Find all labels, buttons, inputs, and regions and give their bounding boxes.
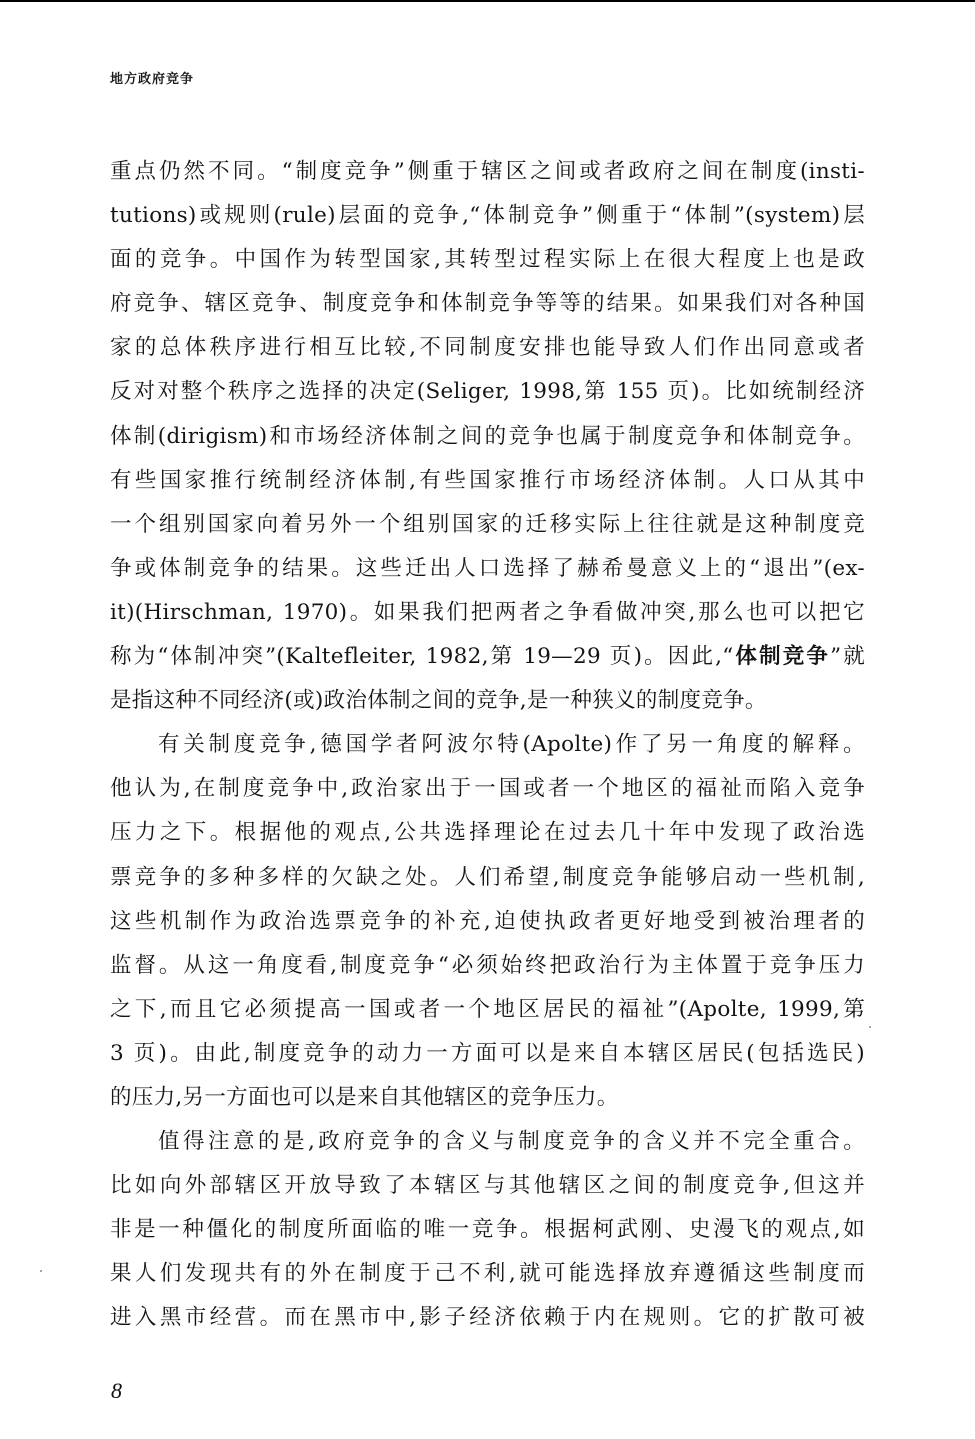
text-line: 府竞争、辖区竞争、制度竞争和体制竞争等等的结果。如果我们对各种国	[110, 282, 865, 326]
text-line-paragraph-start: 有关制度竞争,德国学者阿波尔特(Apolte)作了另一角度的解释。	[110, 723, 865, 767]
text-line: 3 页)。由此,制度竞争的动力一方面可以是来自本辖区居民(包括选民)	[110, 1032, 865, 1076]
text-line: 这些机制作为政治选票竞争的补充,迫使执政者更好地受到被治理者的	[110, 900, 865, 944]
text-line: 果人们发现共有的外在制度于己不利,就可能选择放弃遵循这些制度而	[110, 1252, 865, 1296]
text-line: 进入黑市经营。而在黑市中,影子经济依赖于内在规则。它的扩散可被	[110, 1296, 865, 1340]
text-line-paragraph-end: 是指这种不同经济(或)政治体制之间的竞争,是一种狭义的制度竞争。	[110, 679, 865, 723]
page-top-border	[0, 0, 975, 2]
scan-speck	[40, 1270, 42, 1272]
text-line: 他认为,在制度竞争中,政治家出于一国或者一个地区的福祉而陷入竞争	[110, 767, 865, 811]
text-line-paragraph-start: 值得注意的是,政府竞争的含义与制度竞争的含义并不完全重合。	[110, 1120, 865, 1164]
text-line: 比如向外部辖区开放导致了本辖区与其他辖区之间的制度竞争,但这并	[110, 1164, 865, 1208]
text-line: 面的竞争。中国作为转型国家,其转型过程实际上在很大程度上也是政	[110, 238, 865, 282]
text-line: 一个组别国家向着另外一个组别国家的迁移实际上往往就是这种制度竞	[110, 503, 865, 547]
bold-term: 体制竞争	[734, 644, 831, 669]
text-line: 压力之下。根据他的观点,公共选择理论在过去几十年中发现了政治选	[110, 811, 865, 855]
text-line: 之下,而且它必须提高一国或者一个地区居民的福祉”(Apolte, 1999,第	[110, 988, 865, 1032]
body-text: 重点仍然不同。“制度竞争”侧重于辖区之间或者政府之间在制度(insti- tut…	[110, 150, 865, 1341]
text-line: 有些国家推行统制经济体制,有些国家推行市场经济体制。人口从其中	[110, 459, 865, 503]
text-line: 非是一种僵化的制度所面临的唯一竞争。根据柯武刚、史漫飞的观点,如	[110, 1208, 865, 1252]
text-line: tutions)或规则(rule)层面的竞争,“体制竞争”侧重于“体制”(sys…	[110, 194, 865, 238]
text-line: 家的总体秩序进行相互比较,不同制度安排也能导致人们作出同意或者	[110, 326, 865, 370]
text-line: 重点仍然不同。“制度竞争”侧重于辖区之间或者政府之间在制度(insti-	[110, 150, 865, 194]
text-line: 体制(dirigism)和市场经济体制之间的竞争也属于制度竞争和体制竞争。	[110, 415, 865, 459]
text-segment: 称为“体制冲突”(Kaltefleiter, 1982,第 19—29 页)。因…	[110, 644, 734, 669]
text-line: 监督。从这一角度看,制度竞争“必须始终把政治行为主体置于竞争压力	[110, 944, 865, 988]
text-line: 反对对整个秩序之选择的决定(Seliger, 1998,第 155 页)。比如统…	[110, 370, 865, 414]
scan-speck	[869, 1026, 871, 1028]
text-line: 票竞争的多种多样的欠缺之处。人们希望,制度竞争能够启动一些机制,	[110, 856, 865, 900]
text-line-paragraph-end: 的压力,另一方面也可以是来自其他辖区的竞争压力。	[110, 1076, 865, 1120]
running-head: 地方政府竞争	[110, 68, 194, 87]
text-line: it)(Hirschman, 1970)。如果我们把两者之争看做冲突,那么也可以…	[110, 591, 865, 635]
text-line: 争或体制竞争的结果。这些迁出人口选择了赫希曼意义上的“退出”(ex-	[110, 547, 865, 591]
page-number: 8	[111, 1378, 122, 1404]
text-segment: ”就	[830, 644, 865, 669]
text-line-with-bold-term: 称为“体制冲突”(Kaltefleiter, 1982,第 19—29 页)。因…	[110, 635, 865, 679]
